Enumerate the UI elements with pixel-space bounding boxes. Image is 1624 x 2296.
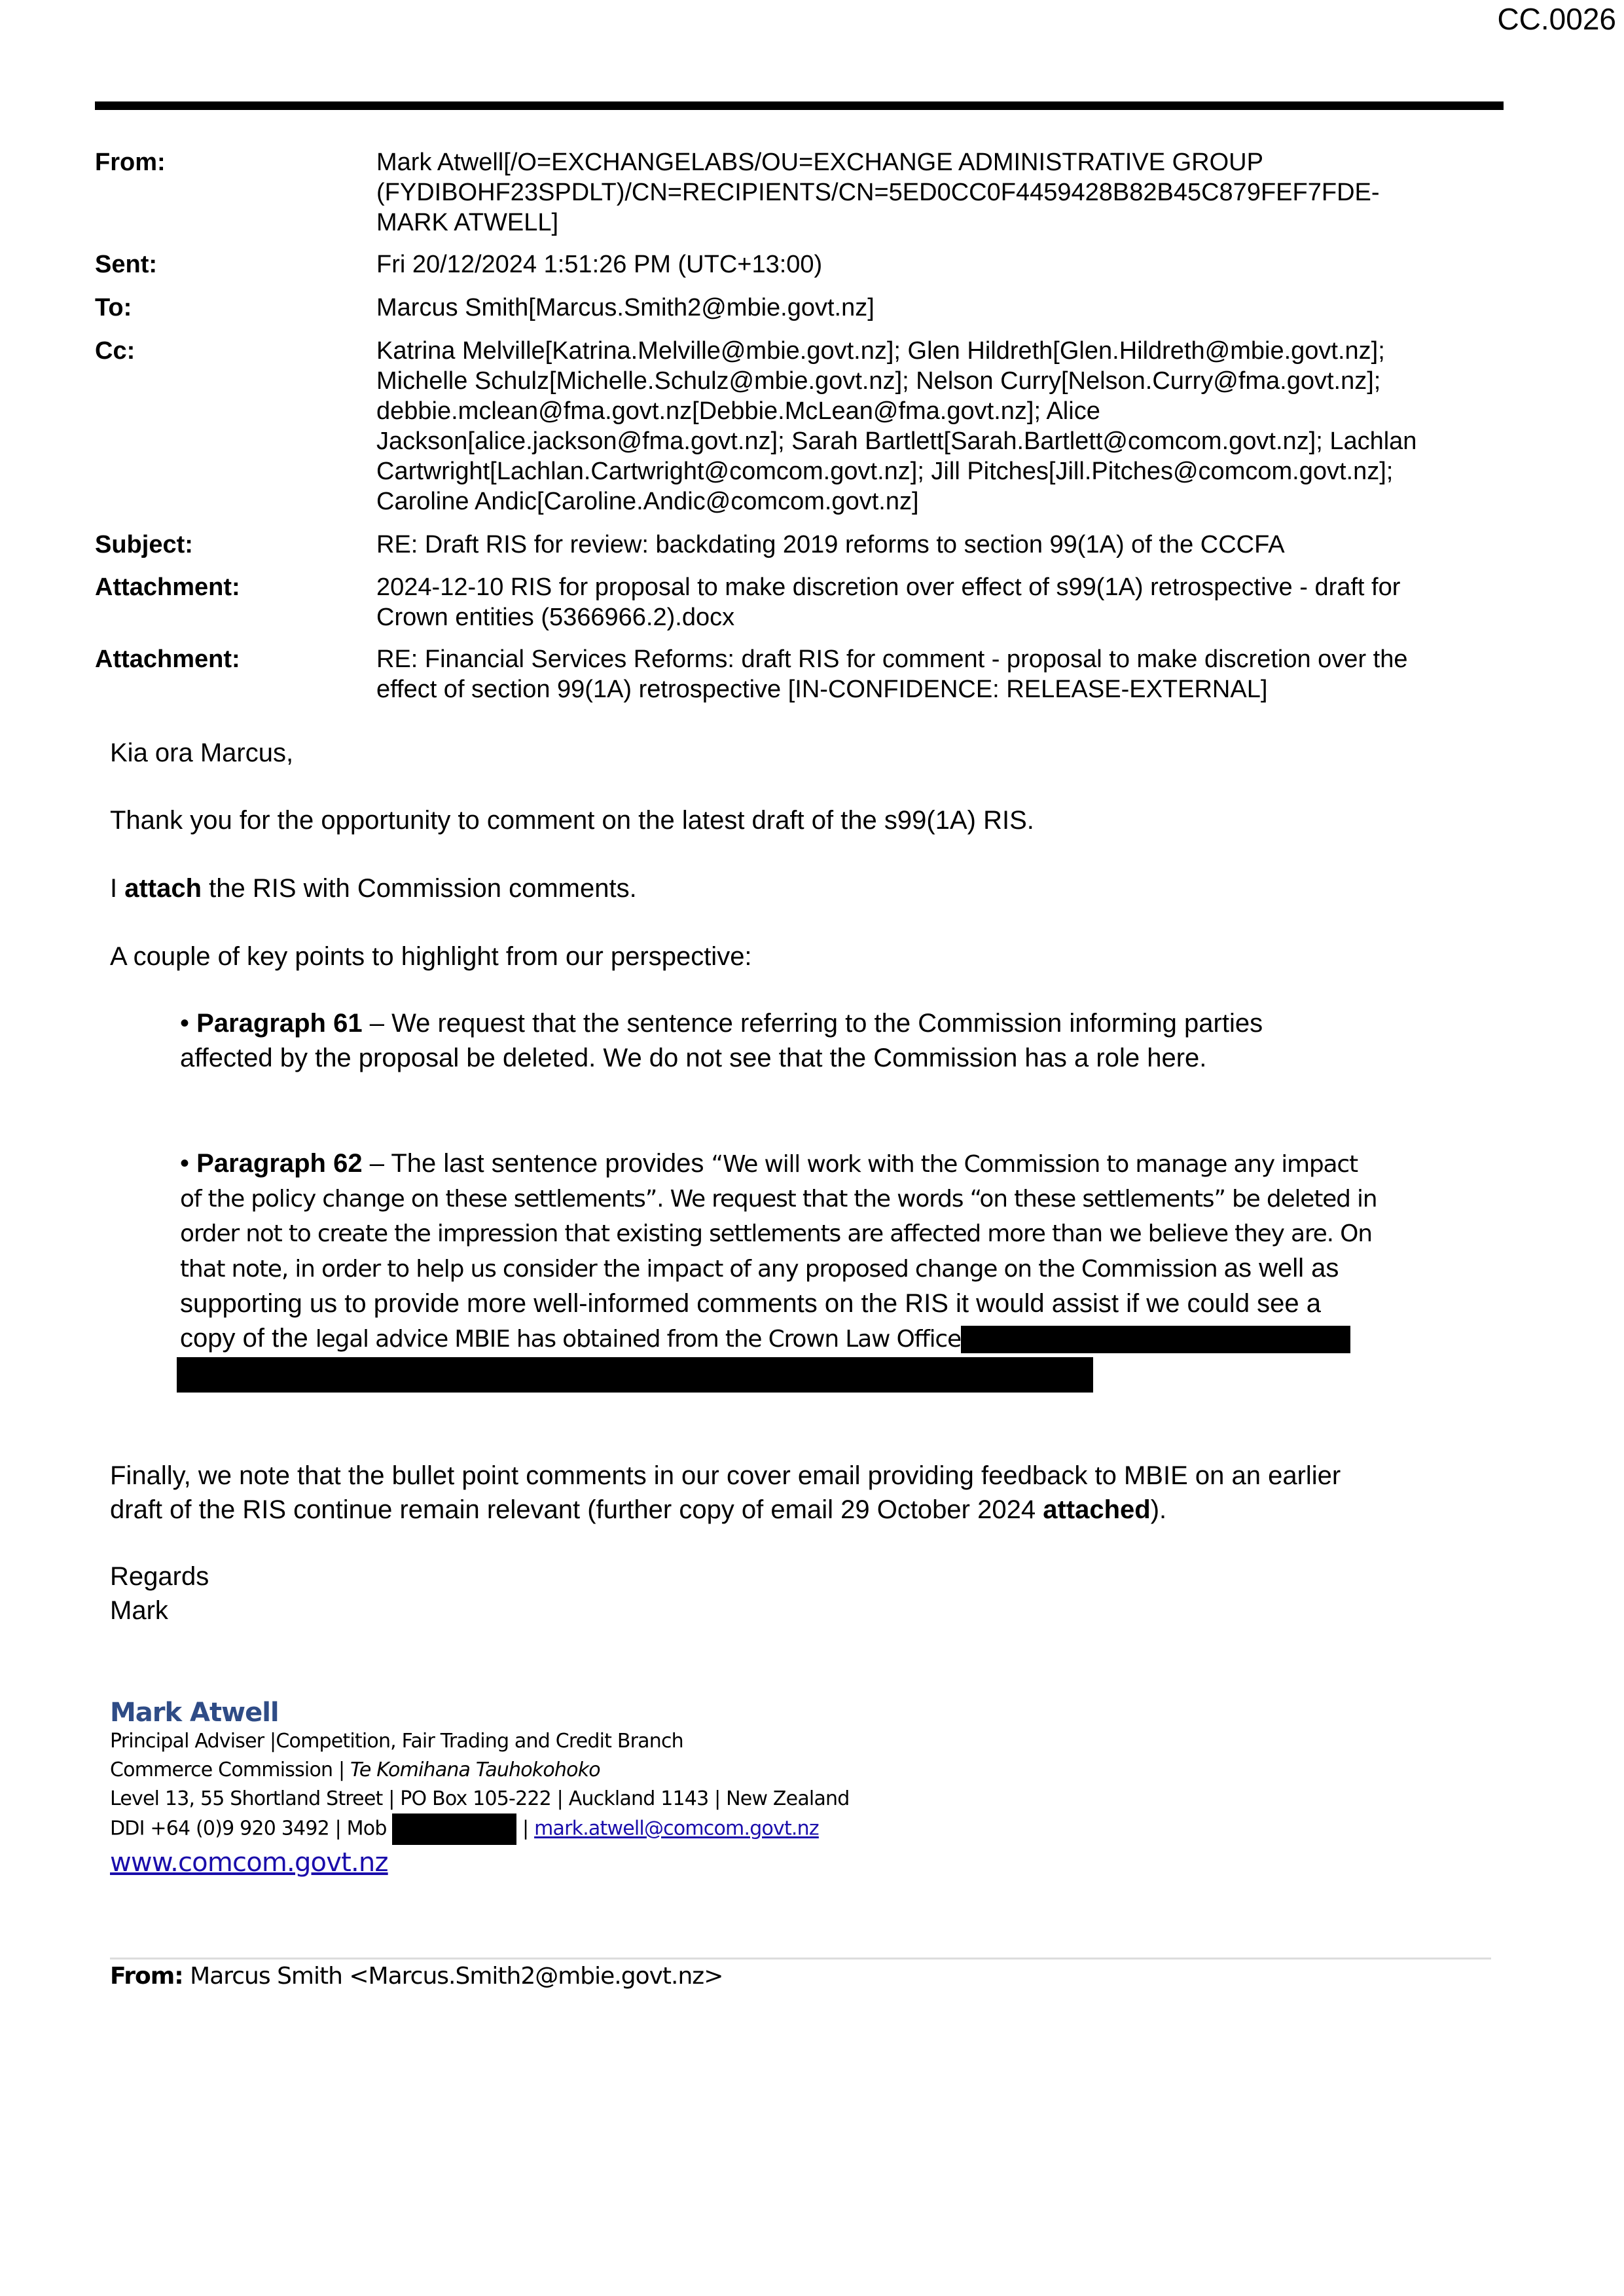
attach-paragraph: I attach the RIS with Commission comment… — [110, 871, 1498, 905]
sign-off: Regards Mark — [110, 1559, 1498, 1628]
cc-label: Cc: — [95, 336, 370, 366]
attachment-link[interactable]: 2024-12-10 RIS for proposal to make disc… — [376, 572, 1502, 632]
attach-emphasis: attach — [124, 874, 202, 903]
from-line: MARK ATWELL] — [376, 208, 1502, 238]
header-rule — [95, 101, 1504, 110]
to-label: To: — [95, 293, 370, 323]
intro-paragraph: A couple of key points to highlight from… — [110, 939, 1498, 974]
bullet-heading: Paragraph 62 — [196, 1149, 362, 1178]
sent-value: Fri 20/12/2024 1:51:26 PM (UTC+13:00) — [376, 249, 1502, 280]
bullet-marker: • — [180, 1149, 189, 1178]
attachment-line: effect of section 99(1A) retrospective [… — [376, 674, 1502, 704]
to-value: Marcus Smith[Marcus.Smith2@mbie.govt.nz] — [376, 293, 1502, 323]
subject-label: Subject: — [95, 530, 370, 560]
redaction-block — [392, 1813, 516, 1845]
document-id: CC.0026 — [1497, 1, 1616, 37]
signature-name: Mark Atwell — [110, 1698, 850, 1727]
attachment-link[interactable]: RE: Financial Services Reforms: draft RI… — [376, 644, 1502, 704]
signature-email-link[interactable]: mark.atwell@comcom.govt.nz — [534, 1817, 819, 1840]
previous-message-from: From: Marcus Smith <Marcus.Smith2@mbie.g… — [110, 1963, 723, 1990]
bullet-heading: Paragraph 61 — [196, 1009, 362, 1038]
attachment-label: Attachment: — [95, 644, 370, 674]
sent-label: Sent: — [95, 249, 370, 280]
signature-website-link[interactable]: www.comcom.govt.nz — [110, 1848, 388, 1878]
from-line: (FYDIBOHF23SPDLT)/CN=RECIPIENTS/CN=5ED0C… — [376, 177, 1502, 208]
signature-address: Level 13, 55 Shortland Street | PO Box 1… — [110, 1785, 850, 1813]
signature-org: Commerce Commission | Te Komihana Tauhok… — [110, 1756, 850, 1785]
sign-name: Mark — [110, 1594, 1498, 1628]
cc-line: Caroline Andic[Caroline.Andic@comcom.gov… — [376, 486, 1502, 517]
cc-value: Katrina Melville[Katrina.Melville@mbie.g… — [376, 336, 1502, 517]
signature-title: Principal Adviser |Competition, Fair Tra… — [110, 1727, 850, 1756]
bullet-paragraph-62: • Paragraph 62 – The last sentence provi… — [180, 1146, 1489, 1357]
finally-paragraph: Finally, we note that the bullet point c… — [110, 1459, 1498, 1527]
bullet-paragraph-61: • Paragraph 61 – We request that the sen… — [180, 1006, 1489, 1076]
greeting: Kia ora Marcus, — [110, 736, 1498, 770]
cc-line: Jackson[alice.jackson@fma.govt.nz]; Sara… — [376, 426, 1502, 456]
from-value: Mark Atwell[/O=EXCHANGELABS/OU=EXCHANGE … — [376, 147, 1502, 238]
signature-contact: DDI +64 (0)9 920 3492 | Mob | mark.atwel… — [110, 1813, 850, 1845]
attachment-line: 2024-12-10 RIS for proposal to make disc… — [376, 572, 1502, 602]
attachment-line: RE: Financial Services Reforms: draft RI… — [376, 644, 1502, 674]
attachment-line: Crown entities (5366966.2).docx — [376, 602, 1502, 632]
from-line: Mark Atwell[/O=EXCHANGELABS/OU=EXCHANGE … — [376, 147, 1502, 177]
cc-line: Katrina Melville[Katrina.Melville@mbie.g… — [376, 336, 1502, 366]
message-separator — [110, 1958, 1491, 1959]
bullet-marker: • — [180, 1009, 189, 1038]
cc-line: Cartwright[Lachlan.Cartwright@comcom.gov… — [376, 456, 1502, 486]
subject-value: RE: Draft RIS for review: backdating 201… — [376, 530, 1502, 560]
from-label: From: — [95, 147, 370, 177]
thanks-paragraph: Thank you for the opportunity to comment… — [110, 803, 1498, 837]
email-signature: Mark Atwell Principal Adviser |Competiti… — [110, 1698, 850, 1880]
redaction-block — [961, 1326, 1350, 1353]
cc-line: debbie.mclean@fma.govt.nz[Debbie.McLean@… — [376, 396, 1502, 426]
cc-line: Michelle Schulz[Michelle.Schulz@mbie.gov… — [376, 366, 1502, 396]
regards-text: Regards — [110, 1559, 1498, 1594]
redaction-block — [177, 1357, 1093, 1393]
attachment-label: Attachment: — [95, 572, 370, 602]
